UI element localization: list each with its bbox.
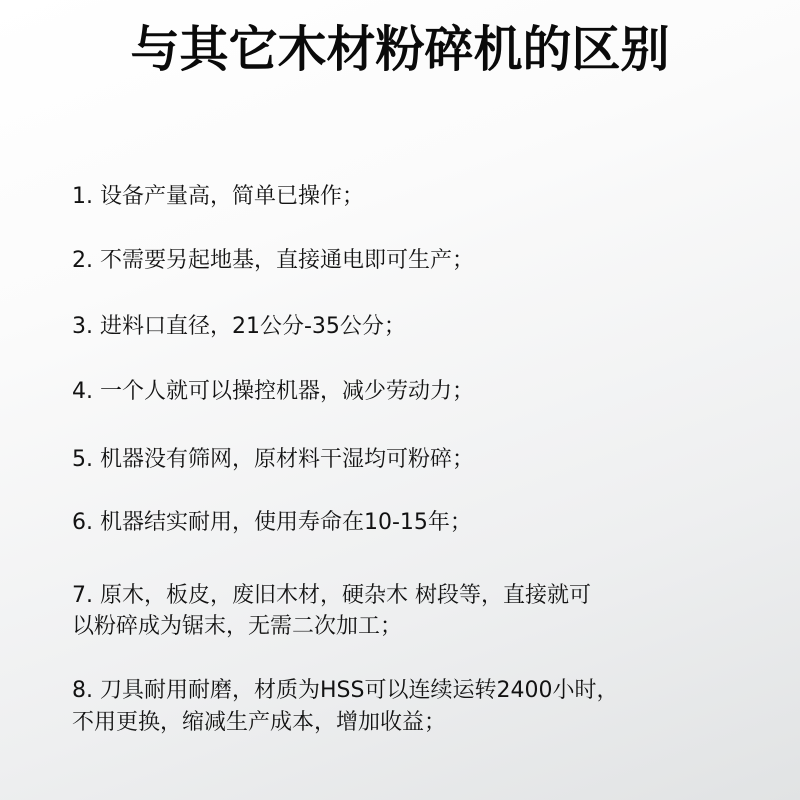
list-item-7-line-2: 以粉碎成为锯末，无需二次加工；: [72, 611, 402, 643]
page-title: 与其它木材粉碎机的区别: [0, 22, 800, 78]
list-item-8-line-2: 不用更换，缩减生产成本，增加收益；: [72, 707, 446, 739]
list-item-3: 3. 进料口直径，21公分-35公分；: [72, 311, 406, 343]
list-item-5: 5. 机器没有筛网，原材料干湿均可粉碎；: [72, 444, 474, 476]
list-item-7-line-1: 7. 原木，板皮，废旧木材，硬杂木 树段等，直接就可: [72, 580, 591, 612]
list-item-1: 1. 设备产量高，简单已操作；: [72, 181, 364, 213]
list-item-6: 6. 机器结实耐用，使用寿命在10-15年；: [72, 507, 472, 539]
list-item-2: 2. 不需要另起地基，直接通电即可生产；: [72, 245, 474, 277]
list-item-8-line-1: 8. 刀具耐用耐磨，材质为HSS可以连续运转2400小时，: [72, 675, 618, 707]
list-item-4: 4. 一个人就可以操控机器，减少劳动力；: [72, 376, 474, 408]
